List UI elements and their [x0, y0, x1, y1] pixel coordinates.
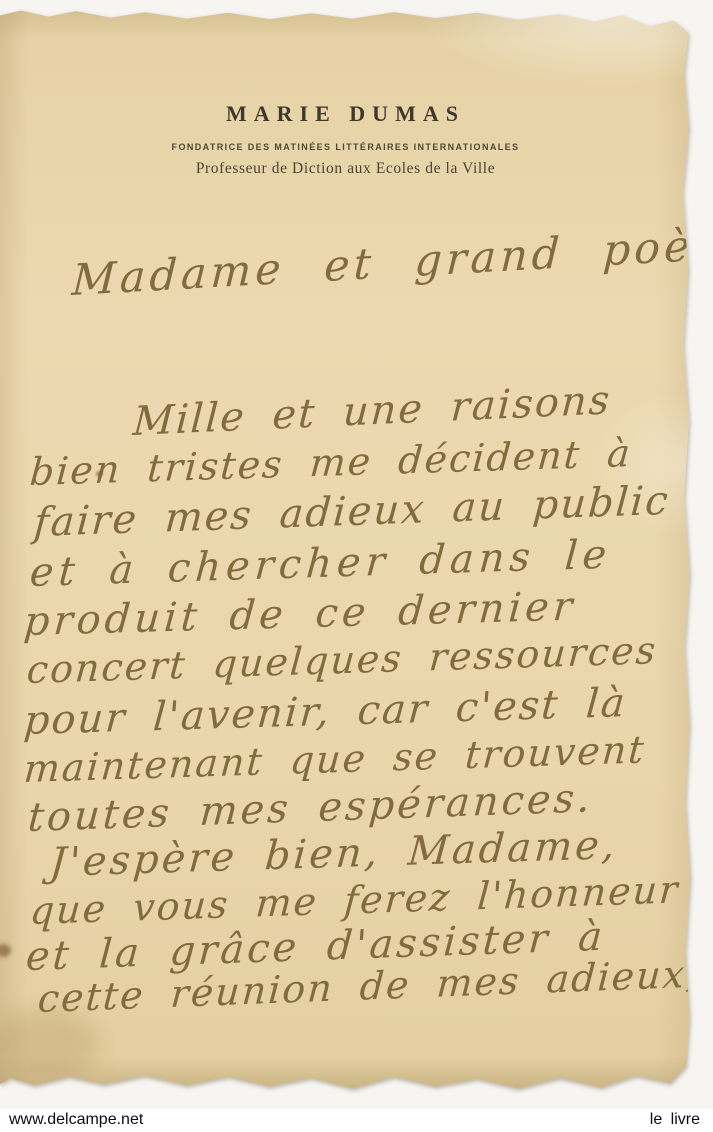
letterhead-subtitle-founder: FONDATRICE DES MATINÉES LITTÉRAIRES INTE…	[0, 142, 691, 152]
letterhead-subtitle-professor: Professeur de Diction aux Ecoles de la V…	[0, 160, 691, 178]
letter-paper: MARIE DUMAS FONDATRICE DES MATINÉES LITT…	[0, 9, 691, 1093]
watermark-url: www.delcampe.net	[9, 1111, 143, 1129]
paper-shadow-wrapper: MARIE DUMAS FONDATRICE DES MATINÉES LITT…	[0, 0, 713, 1110]
scanned-letter-page: MARIE DUMAS FONDATRICE DES MATINÉES LITT…	[0, 0, 713, 1132]
handwritten-salutation: Madame et grand poète!	[71, 217, 691, 306]
ink-stain	[0, 944, 11, 957]
letterhead: MARIE DUMAS FONDATRICE DES MATINÉES LITT…	[0, 101, 691, 178]
letterhead-name: MARIE DUMAS	[0, 101, 691, 127]
watermark-brand: le livre	[650, 1111, 700, 1129]
watermark-bar: www.delcampe.net le livre	[0, 1109, 713, 1132]
